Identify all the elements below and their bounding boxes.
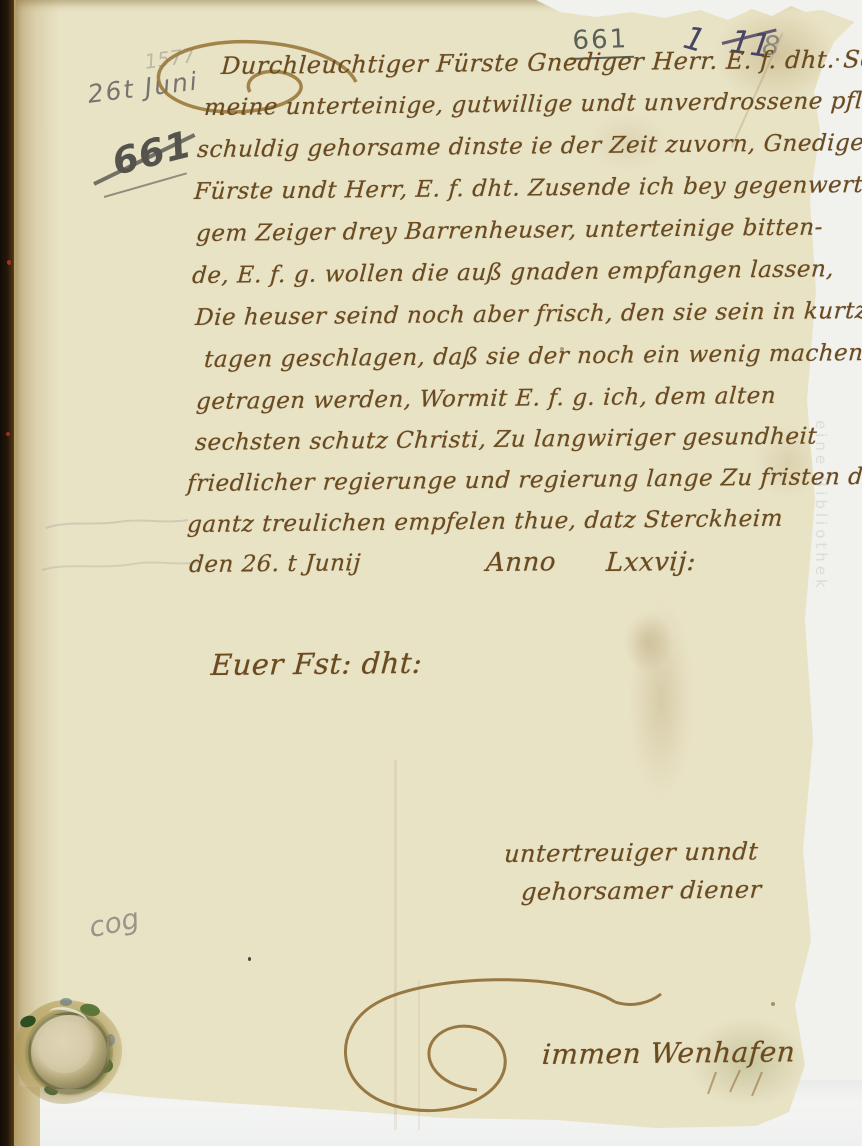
closing-line: gehorsamer diener <box>520 875 762 906</box>
faint-pencil-scribble <box>38 500 208 600</box>
dateline-date: den 26. t Junij <box>188 550 361 578</box>
salutation: Euer Fst: dht: <box>210 646 423 682</box>
red-speck <box>7 260 11 265</box>
closing-line: untertreuiger unndt <box>503 837 759 868</box>
fox-spot <box>771 1002 775 1006</box>
dateline-anno: Anno <box>485 547 557 578</box>
wax-seal <box>14 1000 122 1104</box>
seal-paper-center <box>38 1021 92 1073</box>
dateline-year: Lxxvij: <box>605 547 697 578</box>
faint-ink-marks <box>700 1066 770 1106</box>
seal-blue-fleck <box>60 998 72 1006</box>
red-speck <box>6 432 10 436</box>
ink-dot <box>248 957 251 961</box>
manuscript-scan: eine Bibliothek 661 1 11 8 1577 26t Juni… <box>0 0 862 1146</box>
